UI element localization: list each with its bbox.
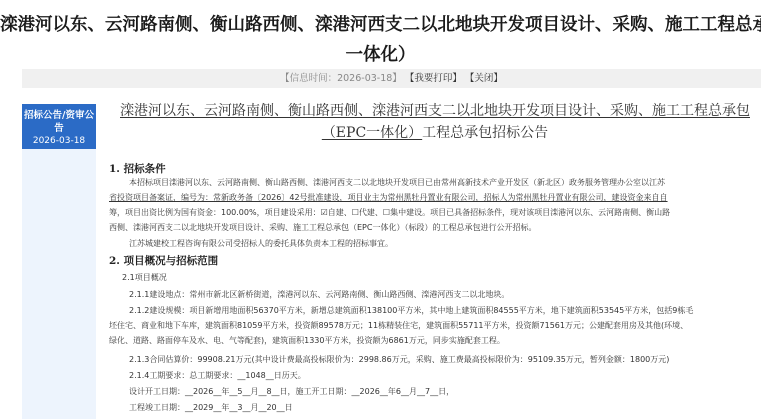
section-1-line: 本招标项目滦港河以东、云河路南侧、衡山路西侧、滦港河西支二以北地块开发项目已由常… <box>109 175 759 191</box>
document-title: 滦港河以东、云河路南侧、衡山路西侧、滦港河西支二以北地块开发项目设计、采购、施工… <box>109 100 761 144</box>
sidebar: 招标公告/资审公 告 2026-03-18 <box>22 104 96 419</box>
page-title: 滦港河以东、云河路南侧、衡山路西侧、滦港河西支二以北地块开发项目设计、采购、施工… <box>0 10 761 70</box>
section-1-line: 筹，项目出资比例为国有资金：100.00%，项目建设采用：☑自建、☐代建、☐集中… <box>109 205 759 221</box>
section-2-subheading: 2.1项目概况 <box>109 270 759 286</box>
section-2-item: 2.1.4工期要求：总工期要求：__1048__日历天。 <box>109 368 759 384</box>
section-1-heading: 1. 招标条件 <box>109 161 166 176</box>
info-time: 【信息时间：2026-03-18】 <box>280 73 402 84</box>
document-title-line1: 滦港河以东、云河路南侧、衡山路西侧、滦港河西支二以北地块开发项目设计、采购、施工… <box>120 103 750 119</box>
document-title-line2-rest: 工程总承包招标公告 <box>422 125 548 141</box>
page-title-line1: 滦港河以东、云河路南侧、衡山路西侧、滦港河西支二以北地块开发项目设计、采购、施工… <box>0 10 761 40</box>
section-1-line: 西侧、滦港河西支二以北地块开发项目设计、采购、施工工程总承包（EPC一体化）（标… <box>109 220 759 236</box>
page-title-line2: 一体化） <box>0 40 761 70</box>
section-2-heading: 2. 项目概况与招标范围 <box>109 253 218 268</box>
section-2-item: 设计开工日期：__2026__年__5__月__8__日，施工开工日期：__20… <box>109 384 759 400</box>
close-button[interactable]: 【关闭】 <box>465 73 503 84</box>
category-date: 2026-03-18 <box>22 135 96 148</box>
section-2-item: 2.1.3合同估算价：99908.21万元(其中设计费最高投标限价为：2998.… <box>109 352 759 368</box>
info-bar: 【信息时间：2026-03-18】 【我要打印】 【关闭】 <box>22 69 761 88</box>
category-label-line1: 招标公告/资审公 <box>22 109 96 122</box>
section-2-item: 工程竣工日期：__2029__年__3__月__20__日 <box>109 400 759 416</box>
print-button[interactable]: 【我要打印】 <box>405 73 462 84</box>
document-title-line2-underlined: （EPC一体化） <box>322 125 422 141</box>
section-2-item: 2.1.2建设规模：项目新增用地面积56370平方米，新增总建筑面积138100… <box>109 303 759 319</box>
section-2-item: 绿化、道路、路面停车及水、电、气等配套)，建筑面积1330平方米，投资额为686… <box>109 333 759 349</box>
section-1-line: 省投资项目备案证，编号为：常新政务备〔2026〕42号批准建设，项目业主为常州黑… <box>109 190 759 206</box>
section-2-item: 2.1.1建设地点：常州市新北区新桥街道，滦港河以东、云河路南侧、衡山路西侧、滦… <box>109 287 759 303</box>
category-label-line2: 告 <box>22 122 96 135</box>
category-badge[interactable]: 招标公告/资审公 告 2026-03-18 <box>22 104 96 149</box>
section-1-line: 江苏城建校工程咨询有限公司受招标人的委托具体负责本工程的招标事宜。 <box>109 236 759 252</box>
section-2-item: 坯住宅、商业和地下车库，建筑面积81059平方米，投资额89578万元；11栋精… <box>109 318 759 334</box>
